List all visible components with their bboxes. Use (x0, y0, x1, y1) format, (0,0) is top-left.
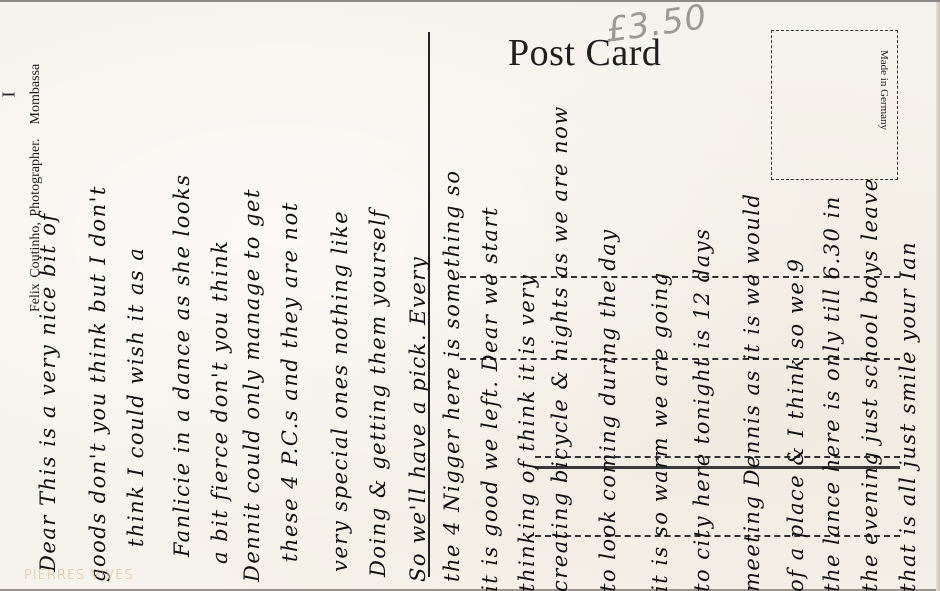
watermark: PIERRES VIVES (24, 568, 134, 583)
address-line-4 (535, 535, 900, 537)
post-card-title: Post Card (508, 34, 661, 72)
photographer-location: Mombassa (28, 64, 43, 125)
page-marker: I (0, 92, 20, 98)
handwriting-line: Dear This is a very nice bit of (36, 212, 60, 572)
handwriting-line: to look coming during the day (596, 228, 620, 591)
handwriting-line: Fanlicie in a dance as she looks (170, 173, 194, 557)
handwriting-line: it is so warm we are going (648, 271, 672, 591)
handwriting-line: the 4 Nigger here is something so (440, 170, 464, 583)
handwriting-line: goods don't you think but I don't (86, 185, 110, 582)
handwriting-line: a bit fierce don't you think (208, 240, 232, 564)
postcard-back: I Felix Coutinho, Photographer.Mombassa … (0, 0, 940, 591)
handwriting-line: think I could wish it as a (124, 247, 148, 547)
handwriting-line: to city here tonight is 12 days (690, 228, 714, 591)
handwriting-line: very special ones nothing like (328, 210, 352, 572)
handwriting-line: Dennit could only manage to get (240, 188, 264, 582)
handwriting-line: So we'll have a pick. Every (406, 256, 430, 582)
handwriting-line: of a place & I think so we 9 (784, 258, 808, 591)
address-line-3 (535, 456, 900, 458)
handwriting-line: creating bicycle & nights as we are now (548, 105, 572, 591)
handwriting-line: it is good we left. Dear we start (478, 206, 502, 591)
handwriting-line: thinking of think it is very (515, 274, 539, 591)
handwriting-line: Doing & getting them yourself (366, 208, 390, 577)
handwriting-line: these 4 P.C.s and they are not (278, 201, 302, 562)
handwriting-line: meeting Dennis as it is we would (740, 193, 764, 591)
card-edge (936, 2, 940, 591)
handwriting-line: the lance here is only till 6.30 in (820, 195, 844, 591)
handwriting-line: the evening just school boys leave (858, 177, 882, 591)
made-in-germany-label: Made in Germany (878, 50, 890, 130)
address-line-3-underline (535, 466, 900, 469)
handwriting-line: that is all just smile your Ian (896, 241, 920, 591)
